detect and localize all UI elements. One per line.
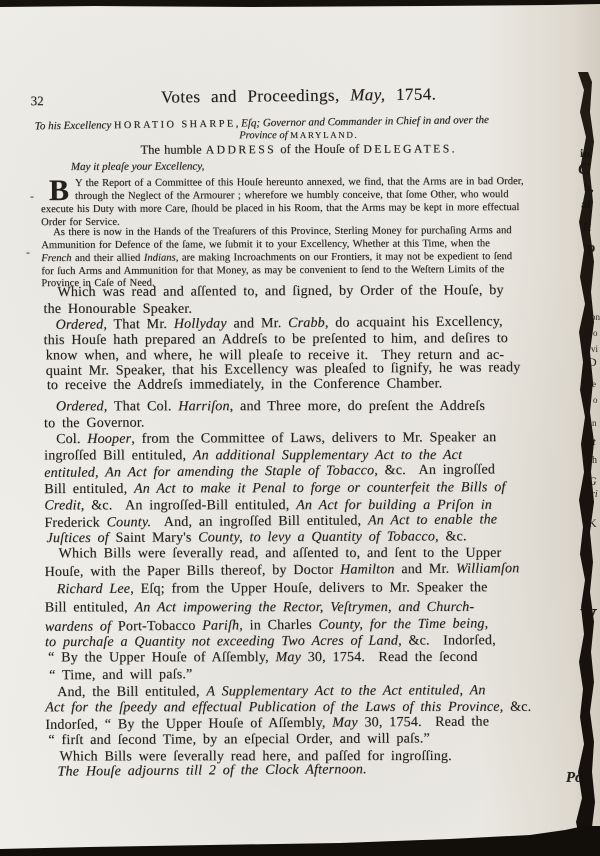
body-line: entituled, An Act for amending the Stapl… (44, 462, 495, 482)
intro-line: Y the Report of a Committee of this Houſ… (75, 176, 524, 189)
body-line: Bill entituled, An Act impowering the Re… (45, 600, 474, 617)
body-line: to purchaſe a Quantity not exceeding Two… (45, 633, 496, 651)
intro-line: for ſuch Arms and Ammunition for that Mo… (41, 264, 504, 277)
body-line: to receive the Addreſs immediately, in t… (47, 376, 443, 394)
body-line: The Houſe adjourns till 2 of the Clock A… (57, 762, 366, 780)
salutation: May it pleaſe your Excellency, (71, 160, 205, 173)
body-line: And, the Bill entituled, A Supplementary… (57, 683, 485, 701)
running-title: Votes and Proceedings, May, 1754. (0, 83, 599, 110)
humble-address-line: The humble ADDRESS of the Houſe of DELEG… (0, 141, 599, 159)
intro-line: Ammunition for Defence of the ſame, we ſ… (41, 238, 490, 251)
body-line: Col. Hooper, from the Committee of Laws,… (56, 430, 496, 448)
body-line: Which was read and aſſented to, and ſign… (57, 283, 503, 301)
body-line: Richard Lee, Eſq; from the Upper Houſe, … (57, 580, 488, 598)
body-line: the Honourable Speaker. (43, 302, 192, 318)
page-content: 32 Votes and Proceedings, May, 1754. To … (0, 0, 600, 856)
body-line: Bill entituled, An Act to make it Penal … (44, 480, 505, 498)
intro-line: French and their allied Indians, are mak… (41, 251, 512, 264)
body-line: Houſe, with the Paper Bills thereof, by … (45, 561, 520, 581)
intro-line: As there is now in the Hands of the Trea… (53, 225, 511, 238)
body-line: Juſtices of Saint Mary's County, to levy… (46, 529, 466, 547)
body-line: this Houſe hath prepared an Addreſs to b… (44, 331, 508, 349)
body-line: Which Bills were ſeverally read, and aſſ… (59, 546, 502, 563)
drop-cap: B (49, 177, 69, 205)
intro-line: through the Neglect of the Armourer ; wh… (75, 189, 509, 202)
body-line: “ Time, and will paſs.” (49, 667, 192, 684)
body-line: Ordered, That Col. Harriſon, and Three m… (56, 399, 485, 416)
intro-line: execute his Duty with more Care, ſhould … (41, 202, 519, 215)
body-line: to the Governor. (44, 416, 145, 433)
body-line: ingroſſed Bill entituled, An additional … (44, 448, 462, 465)
body-line: “ firſt and ſecond Time, by an eſpecial … (48, 731, 430, 749)
body-line: “ By the Upper Houſe of Aſſembly, May 30… (48, 650, 478, 667)
scanned-page: 32 Votes and Proceedings, May, 1754. To … (0, 0, 600, 856)
